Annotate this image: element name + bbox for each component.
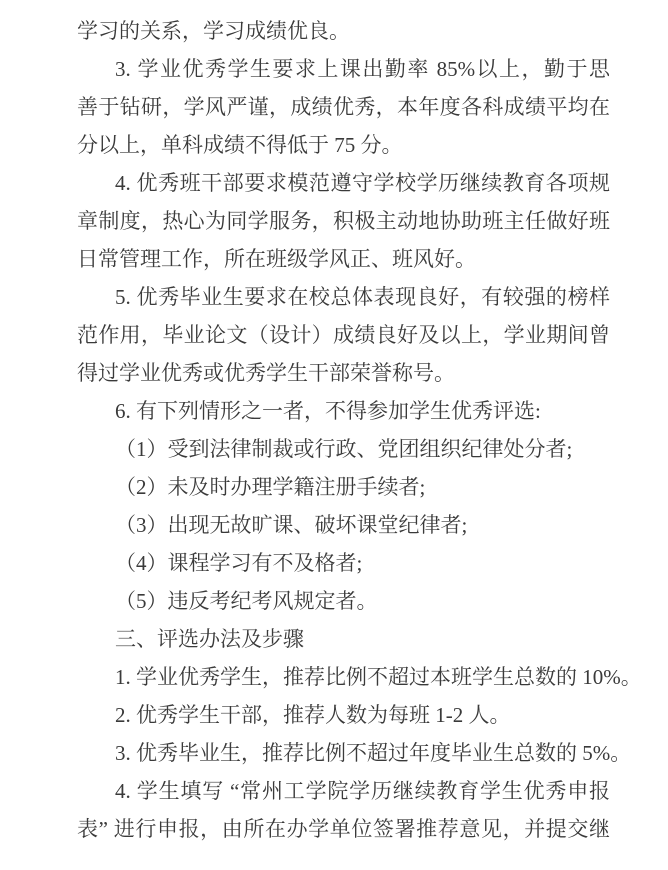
text-line: 善于钻研，学风严谨，成绩优秀，本年度各科成绩平均在 85: [77, 88, 610, 126]
text-line: 章制度，热心为同学服务，积极主动地协助班主任做好班级: [77, 202, 610, 240]
text-line: 5. 优秀毕业生要求在校总体表现良好，有较强的榜样示: [77, 278, 610, 316]
text-line: 范作用，毕业论文（设计）成绩良好及以上，学业期间曾获: [77, 316, 610, 354]
text-line: 2. 优秀学生干部，推荐人数为每班 1-2 人。: [77, 696, 610, 734]
text-line: （4）课程学习有不及格者;: [77, 544, 610, 582]
text-line: （3）出现无故旷课、破坏课堂纪律者;: [77, 506, 610, 544]
text-line: 1. 学业优秀学生，推荐比例不超过本班学生总数的 10%。: [77, 658, 610, 696]
text-line: 得过学业优秀或优秀学生干部荣誉称号。: [77, 354, 610, 392]
text-line: 3. 优秀毕业生，推荐比例不超过年度毕业生总数的 5%。: [77, 734, 610, 772]
text-line: 6. 有下列情形之一者，不得参加学生优秀评选:: [77, 392, 610, 430]
text-line: （5）违反考纪考风规定者。: [77, 582, 610, 620]
text-line: 学习的关系，学习成绩优良。: [77, 12, 610, 50]
text-line: （1）受到法律制裁或行政、党团组织纪律处分者;: [77, 430, 610, 468]
text-line: 4. 学生填写 “常州工学院学历继续教育学生优秀申报: [77, 772, 610, 810]
text-line: 分以上，单科成绩不得低于 75 分。: [77, 126, 610, 164]
text-line: 3. 学业优秀学生要求上课出勤率 85%以上，勤于思考，: [77, 50, 610, 88]
text-line: 日常管理工作，所在班级学风正、班风好。: [77, 240, 610, 278]
section-heading: 三、评选办法及步骤: [77, 620, 610, 658]
text-line: 表” 进行申报，由所在办学单位签署推荐意见，并提交继续: [77, 810, 610, 848]
document-page: 学习的关系，学习成绩优良。3. 学业优秀学生要求上课出勤率 85%以上，勤于思考…: [0, 0, 668, 870]
text-line: 4. 优秀班干部要求模范遵守学校学历继续教育各项规: [77, 164, 610, 202]
document-body: 学习的关系，学习成绩优良。3. 学业优秀学生要求上课出勤率 85%以上，勤于思考…: [77, 12, 610, 848]
text-line: （2）未及时办理学籍注册手续者;: [77, 468, 610, 506]
